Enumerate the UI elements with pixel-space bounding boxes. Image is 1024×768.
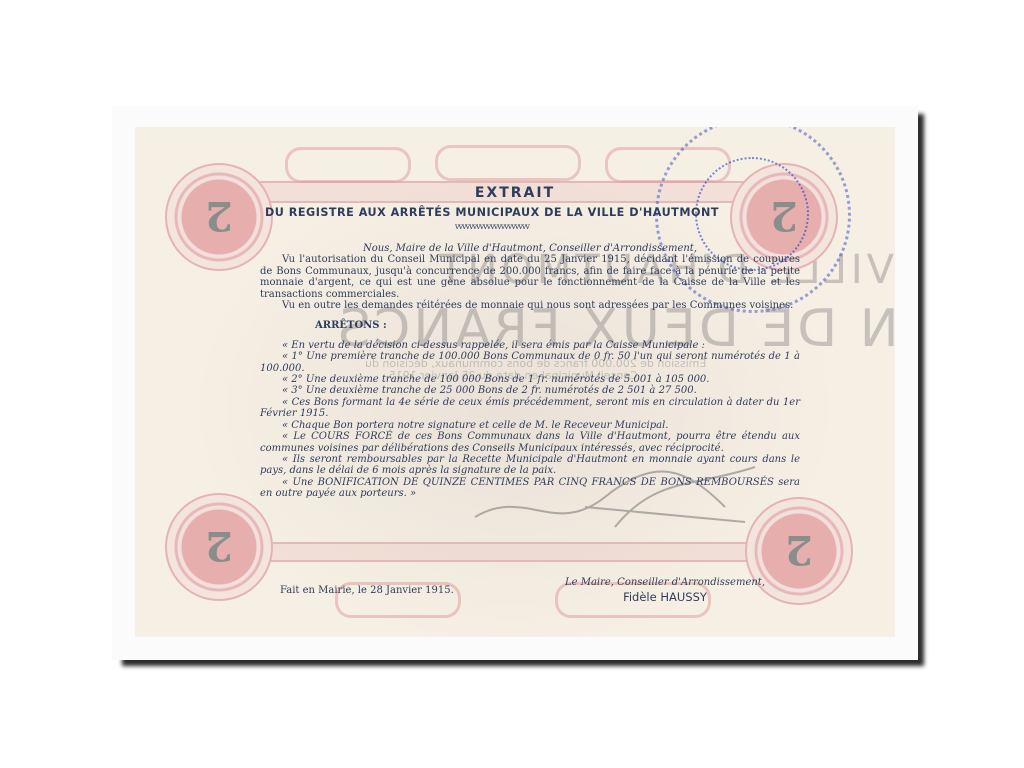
banknote: VILLE D'HAUTMONT BON DE DEUX FRANCS Émis… xyxy=(135,127,895,637)
clause: « 1° Une première tranche de 100.000 Bon… xyxy=(260,351,800,374)
clause: « 3° Une deuxième tranche de 25 000 Bons… xyxy=(260,385,800,396)
denomination-medallion: 2 xyxy=(165,163,273,271)
clause: « Une BONIFICATION DE QUINZE CENTIMES PA… xyxy=(260,477,800,500)
signatory-title: Le Maire, Conseiller d'Arrondissement, xyxy=(565,577,765,588)
clause: « Le COURS FORCÉ de ces Bons Communaux d… xyxy=(260,431,800,454)
signatory-name: Fidèle HAUSSY xyxy=(545,590,785,604)
scroll-ornament xyxy=(435,145,581,181)
clause: « 2° Une deuxième tranche de 100 000 Bon… xyxy=(260,374,800,385)
arretons-heading: ARRÊTONS : xyxy=(260,320,800,331)
paragraph: Vu l'autorisation du Conseil Municipal e… xyxy=(260,254,800,300)
clause: « Ces Bons formant la 4e série de ceux é… xyxy=(260,397,800,420)
signatory-block: Le Maire, Conseiller d'Arrondissement, F… xyxy=(545,577,785,604)
document-subtitle: DU REGISTRE AUX ARRÊTÉS MUNICIPAUX DE LA… xyxy=(265,206,719,219)
clause: « Ils seront remboursables par la Recett… xyxy=(260,454,800,477)
scroll-ornament xyxy=(285,147,411,183)
paragraph: Vu en outre les demandes réitérées de mo… xyxy=(260,300,800,311)
clause: « Chaque Bon portera notre signature et … xyxy=(260,420,800,431)
decree-body: Nous, Maire de la Ville d'Hautmont, Cons… xyxy=(260,243,800,500)
denomination-medallion: 2 xyxy=(165,493,273,601)
intro-line: Nous, Maire de la Ville d'Hautmont, Cons… xyxy=(260,243,800,254)
clause: « En vertu de la décision ci-dessus rapp… xyxy=(260,340,800,351)
document-title: EXTRAIT xyxy=(135,185,895,201)
ornament-rule: vvvvvvvvvvvvvvvvvvvvv xyxy=(455,222,529,231)
place-and-date: Fait en Mairie, le 28 Janvier 1915. xyxy=(280,585,454,596)
